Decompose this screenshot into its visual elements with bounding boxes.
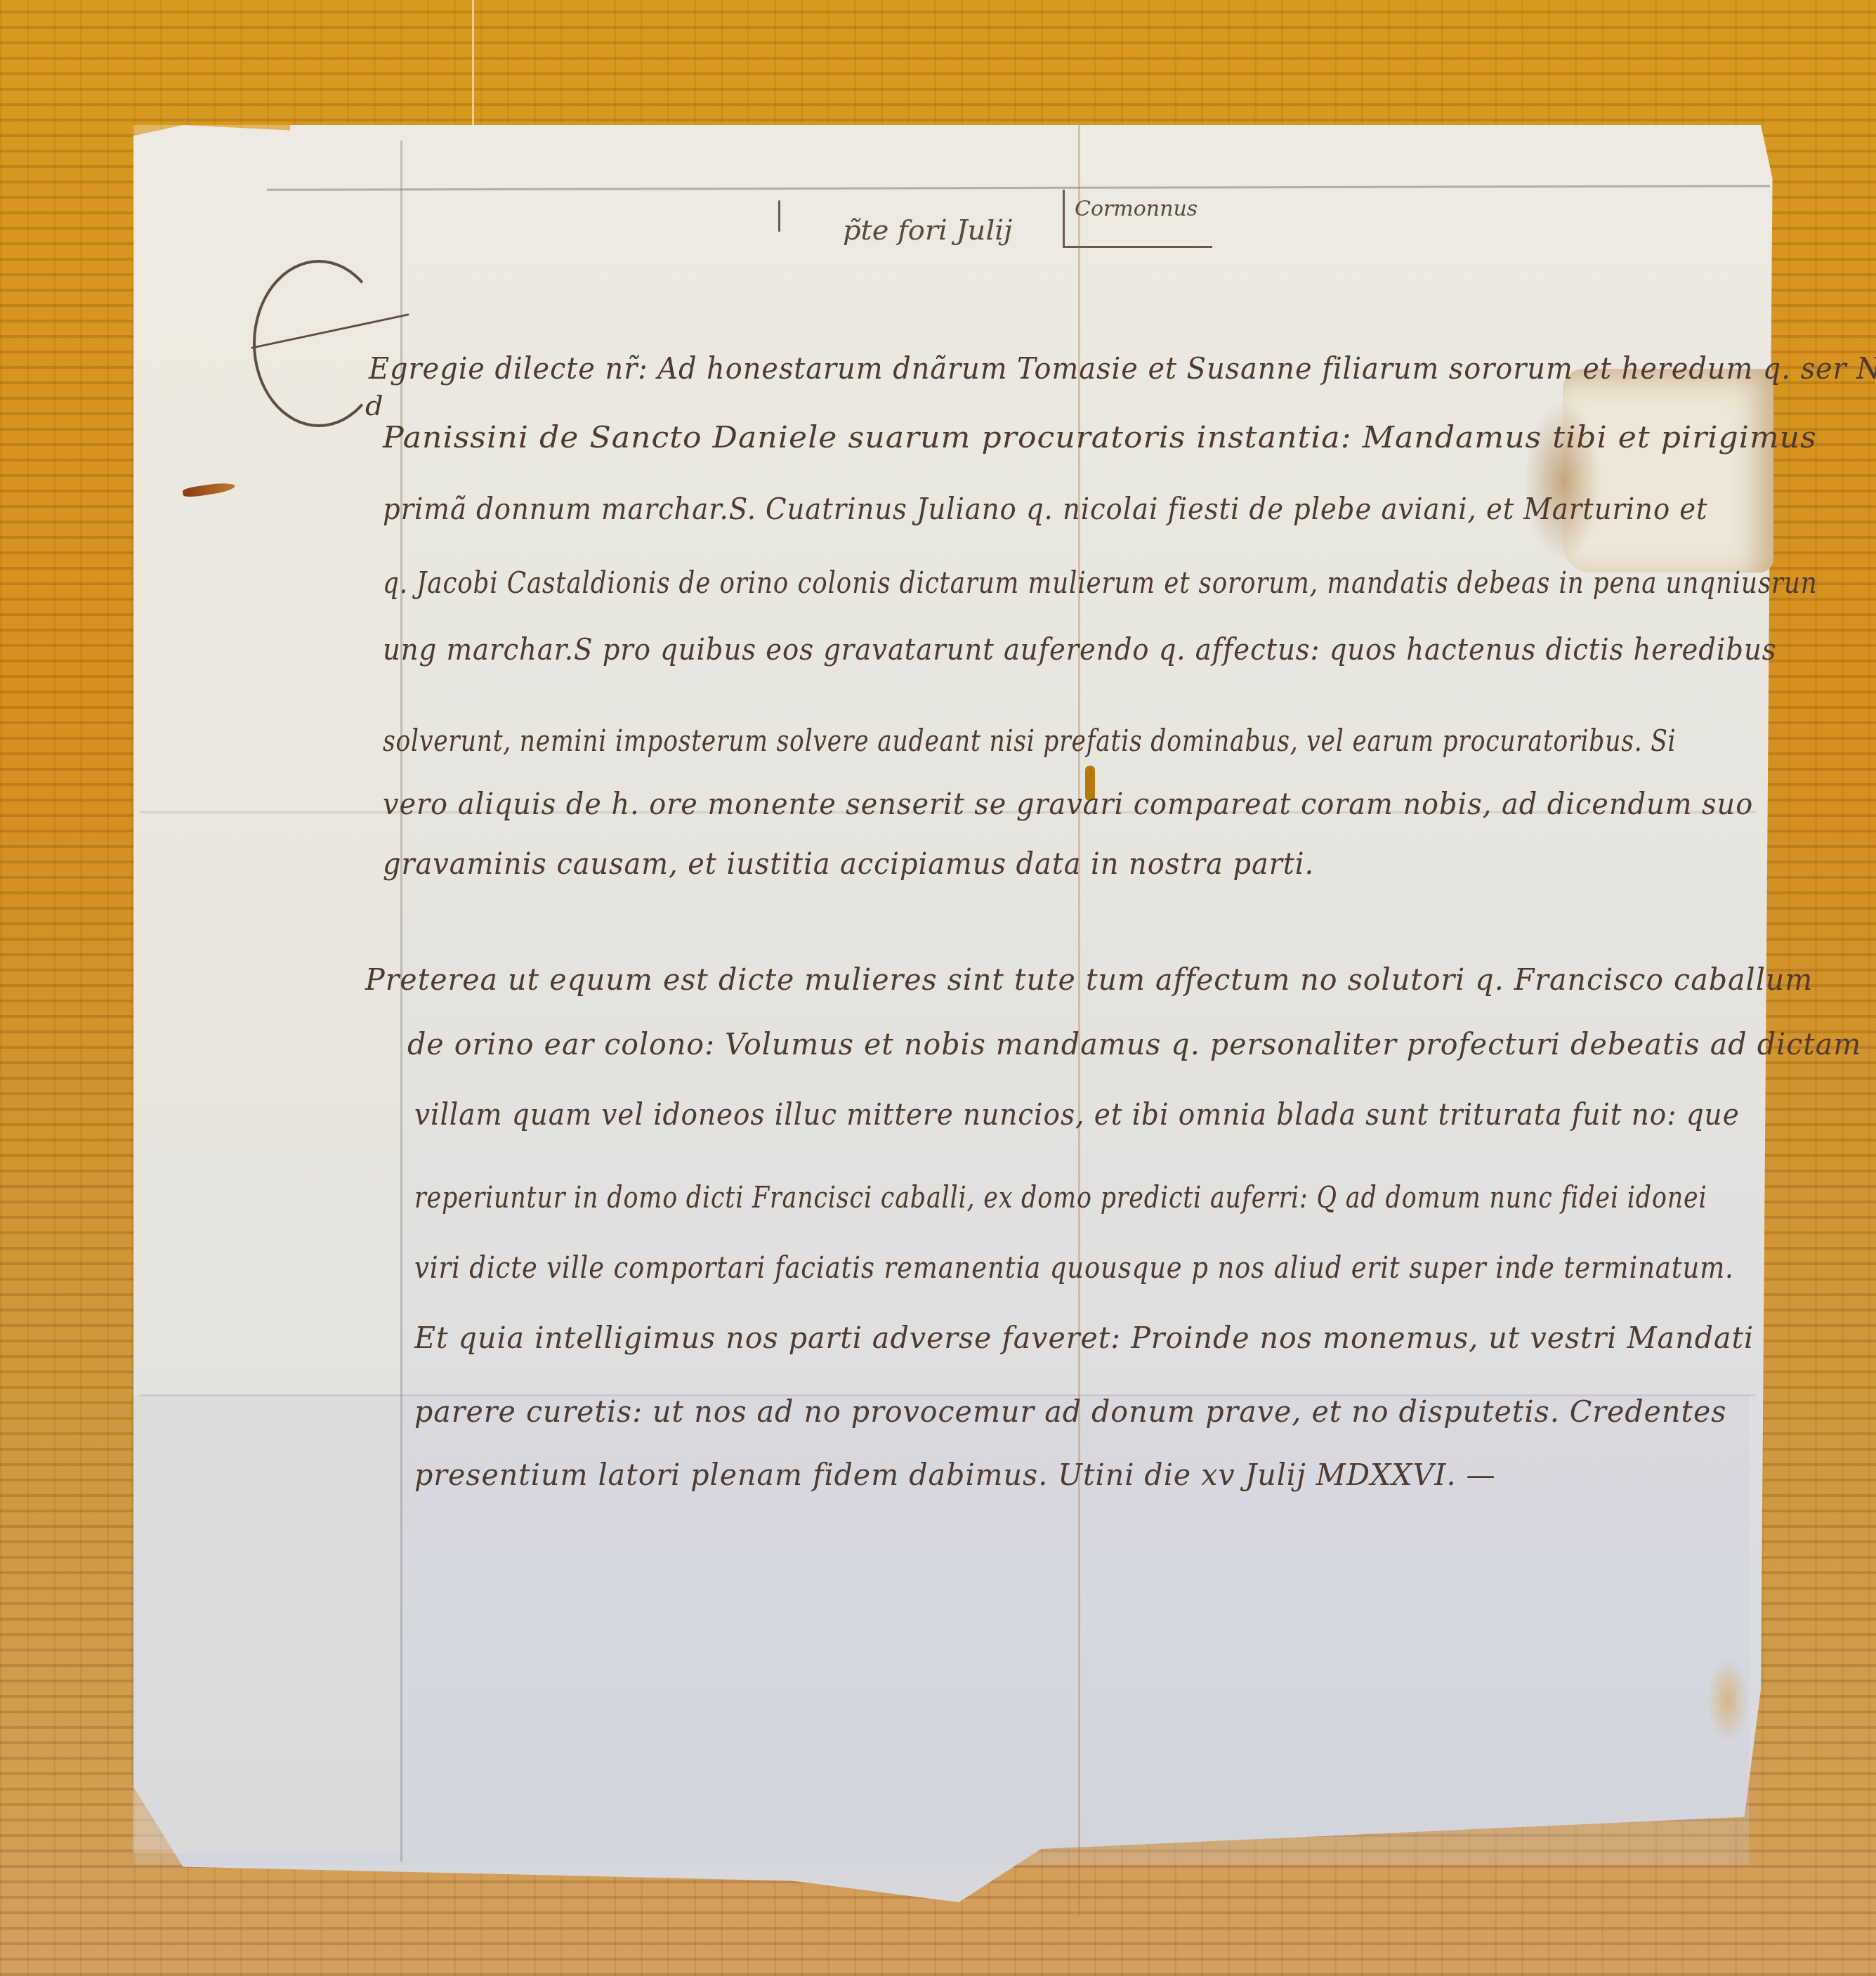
text-line: ung marchar.S pro quibus eos gravatarunt… bbox=[383, 632, 1776, 667]
margin-mark: d bbox=[365, 390, 383, 422]
text-line: villam quam vel idoneos illuc mittere nu… bbox=[414, 1097, 1740, 1132]
text-line: parere curetis: ut nos ad no provocemur … bbox=[414, 1394, 1726, 1429]
text-line: Egregie dilecte nr̃: Ad honestarum dnãru… bbox=[369, 351, 1876, 386]
vertical-fold-line-center bbox=[1078, 125, 1080, 1916]
address-tick bbox=[778, 200, 780, 232]
text-line: Et quia intelligimus nos parti adverse f… bbox=[414, 1321, 1754, 1355]
text-line: Preterea ut equum est dicte mulieres sin… bbox=[365, 962, 1813, 997]
text-line: primã donnum marchar.S. Cuatrinus Julian… bbox=[383, 492, 1708, 526]
text-line: viri dicte ville comportari faciatis rem… bbox=[414, 1250, 1734, 1285]
address-boxed-text: Cormonnus bbox=[1075, 197, 1198, 221]
text-line: gravaminis causam, et iustitia accipiamu… bbox=[383, 846, 1314, 881]
address-line: p̃te fori Julij bbox=[843, 214, 1012, 247]
text-line: solverunt, nemini imposterum solvere aud… bbox=[383, 724, 1676, 758]
text-line: presentium latori plenam fidem dabimus. … bbox=[414, 1458, 1496, 1492]
text-line: q. Jacobi Castaldionis de orino colonis … bbox=[383, 565, 1818, 600]
text-line: vero aliquis de h. ore monente senserit … bbox=[383, 787, 1753, 821]
corner-stain bbox=[1707, 1658, 1749, 1742]
table-board-seam bbox=[472, 0, 474, 140]
text-line: de orino ear colono: Volumus et nobis ma… bbox=[407, 1027, 1861, 1061]
vertical-fold-line bbox=[400, 140, 402, 1862]
text-line: reperiuntur in domo dicti Francisci caba… bbox=[414, 1180, 1707, 1215]
text-line: Panissini de Sancto Daniele suarum procu… bbox=[383, 420, 1817, 454]
